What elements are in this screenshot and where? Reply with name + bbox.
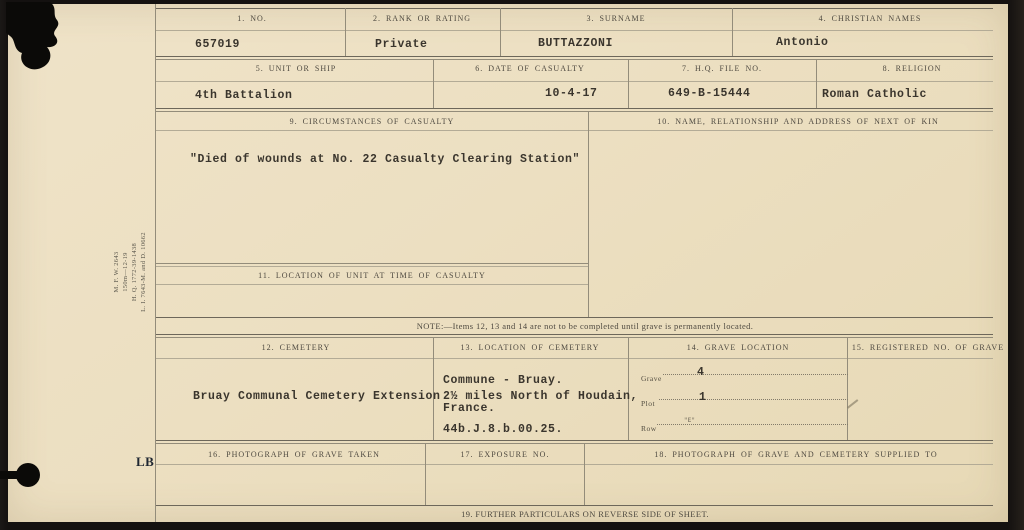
field-label-cemetery-location: 13. LOCATION OF CEMETERY <box>461 343 600 352</box>
plot-row-value: 1 <box>699 391 707 404</box>
row-row-label: Row <box>641 424 657 433</box>
field-label-surname: 3. SURNAME <box>586 14 645 23</box>
note-line: NOTE:—Items 12, 13 and 14 are not to be … <box>417 321 754 331</box>
value-unit: 4th Battalion <box>195 89 293 102</box>
rule <box>732 8 733 56</box>
field-label-date-of-casualty: 6. DATE OF CASUALTY <box>475 64 585 73</box>
rule <box>816 59 817 108</box>
rule <box>433 337 434 440</box>
rule <box>433 59 434 108</box>
rule <box>155 358 993 359</box>
field-label-unit-location: 11. LOCATION OF UNIT AT TIME OF CASUALTY <box>258 271 486 280</box>
value-circumstances: "Died of wounds at No. 22 Casualty Clear… <box>190 153 580 166</box>
lb-annotation: LB <box>136 454 154 470</box>
value-cemetery-location-line4: 44b.J.8.b.00.25. <box>443 423 563 436</box>
ink-blot-top-left <box>6 2 66 76</box>
field-label-registered-no: 15. REGISTERED NO. OF GRAVE <box>852 343 1004 352</box>
rule <box>155 337 993 338</box>
rule <box>155 334 993 335</box>
rule <box>155 111 993 112</box>
rule <box>155 130 993 131</box>
rule <box>155 317 993 318</box>
ink-blot-bottom-left <box>0 460 46 492</box>
dotted-leader <box>657 424 848 425</box>
value-cemetery-location-line3: France. <box>443 402 496 415</box>
rule <box>155 284 588 285</box>
value-surname: BUTTAZZONI <box>538 37 613 50</box>
rule <box>155 443 993 444</box>
rule <box>155 30 993 31</box>
grave-row-label: Grave <box>641 374 662 383</box>
value-christian-names: Antonio <box>776 36 829 49</box>
rule <box>155 8 993 9</box>
field-label-grave-location: 14. GRAVE LOCATION <box>687 343 790 352</box>
rule <box>345 8 346 56</box>
rule <box>155 59 993 60</box>
field-label-next-of-kin: 10. NAME, RELATIONSHIP AND ADDRESS OF NE… <box>657 117 938 126</box>
value-hq-file-no: 649-B-15444 <box>668 87 751 100</box>
rule <box>588 111 589 317</box>
dotted-leader <box>659 399 848 400</box>
print-code-line: M. F. W. 2643 <box>112 214 121 330</box>
rule <box>155 263 588 264</box>
rule <box>155 266 588 267</box>
grave-row-value: 4 <box>697 366 705 379</box>
rule <box>628 337 629 440</box>
rule <box>155 464 993 465</box>
print-code-line: H. Q. 1772-39-1438 <box>130 214 139 330</box>
dotted-leader <box>663 374 848 375</box>
document-scan: 1. NO. 2. RANK OR RATING 3. SURNAME 4. C… <box>0 0 1024 530</box>
rule <box>628 59 629 108</box>
field-label-no: 1. NO. <box>237 14 267 23</box>
field-label-exposure-no: 17. EXPOSURE NO. <box>461 450 550 459</box>
value-date-of-casualty: 10-4-17 <box>545 87 598 100</box>
value-cemetery: Bruay Communal Cemetery Extension <box>193 390 441 403</box>
field-label-hq-file-no: 7. H.Q. FILE NO. <box>682 64 762 73</box>
field-label-photo-supplied: 18. PHOTOGRAPH OF GRAVE AND CEMETERY SUP… <box>654 450 937 459</box>
form-print-codes: M. F. W. 2643 150m—12-19 H. Q. 1772-39-1… <box>112 214 156 330</box>
value-rank: Private <box>375 38 428 51</box>
rule <box>155 440 993 441</box>
rule <box>155 108 993 109</box>
footer-line: 19. FURTHER PARTICULARS ON REVERSE SIDE … <box>461 509 709 519</box>
value-religion: Roman Catholic <box>822 88 927 101</box>
rule <box>584 443 585 505</box>
field-label-rank: 2. RANK OR RATING <box>373 14 471 23</box>
rule <box>155 56 993 57</box>
row-row-value-faint: "E" <box>684 417 695 424</box>
field-label-religion: 8. RELIGION <box>883 64 942 73</box>
rule <box>155 505 993 506</box>
rule <box>500 8 501 56</box>
print-code-line: L. I. 7643-M. and D. 10662 <box>139 214 148 330</box>
print-code-line: 150m—12-19 <box>121 214 130 330</box>
rule <box>155 81 993 82</box>
field-label-circumstances: 9. CIRCUMSTANCES OF CASUALTY <box>290 117 455 126</box>
field-label-cemetery: 12. CEMETERY <box>262 343 331 352</box>
rule <box>425 443 426 505</box>
value-service-number: 657019 <box>195 38 240 51</box>
plot-row-label: Plot <box>641 399 655 408</box>
value-cemetery-location-line1: Commune - Bruay. <box>443 374 563 387</box>
field-label-unit: 5. UNIT OR SHIP <box>256 64 336 73</box>
field-label-christian-names: 4. CHRISTIAN NAMES <box>819 14 922 23</box>
field-label-photo-taken: 16. PHOTOGRAPH OF GRAVE TAKEN <box>208 450 380 459</box>
